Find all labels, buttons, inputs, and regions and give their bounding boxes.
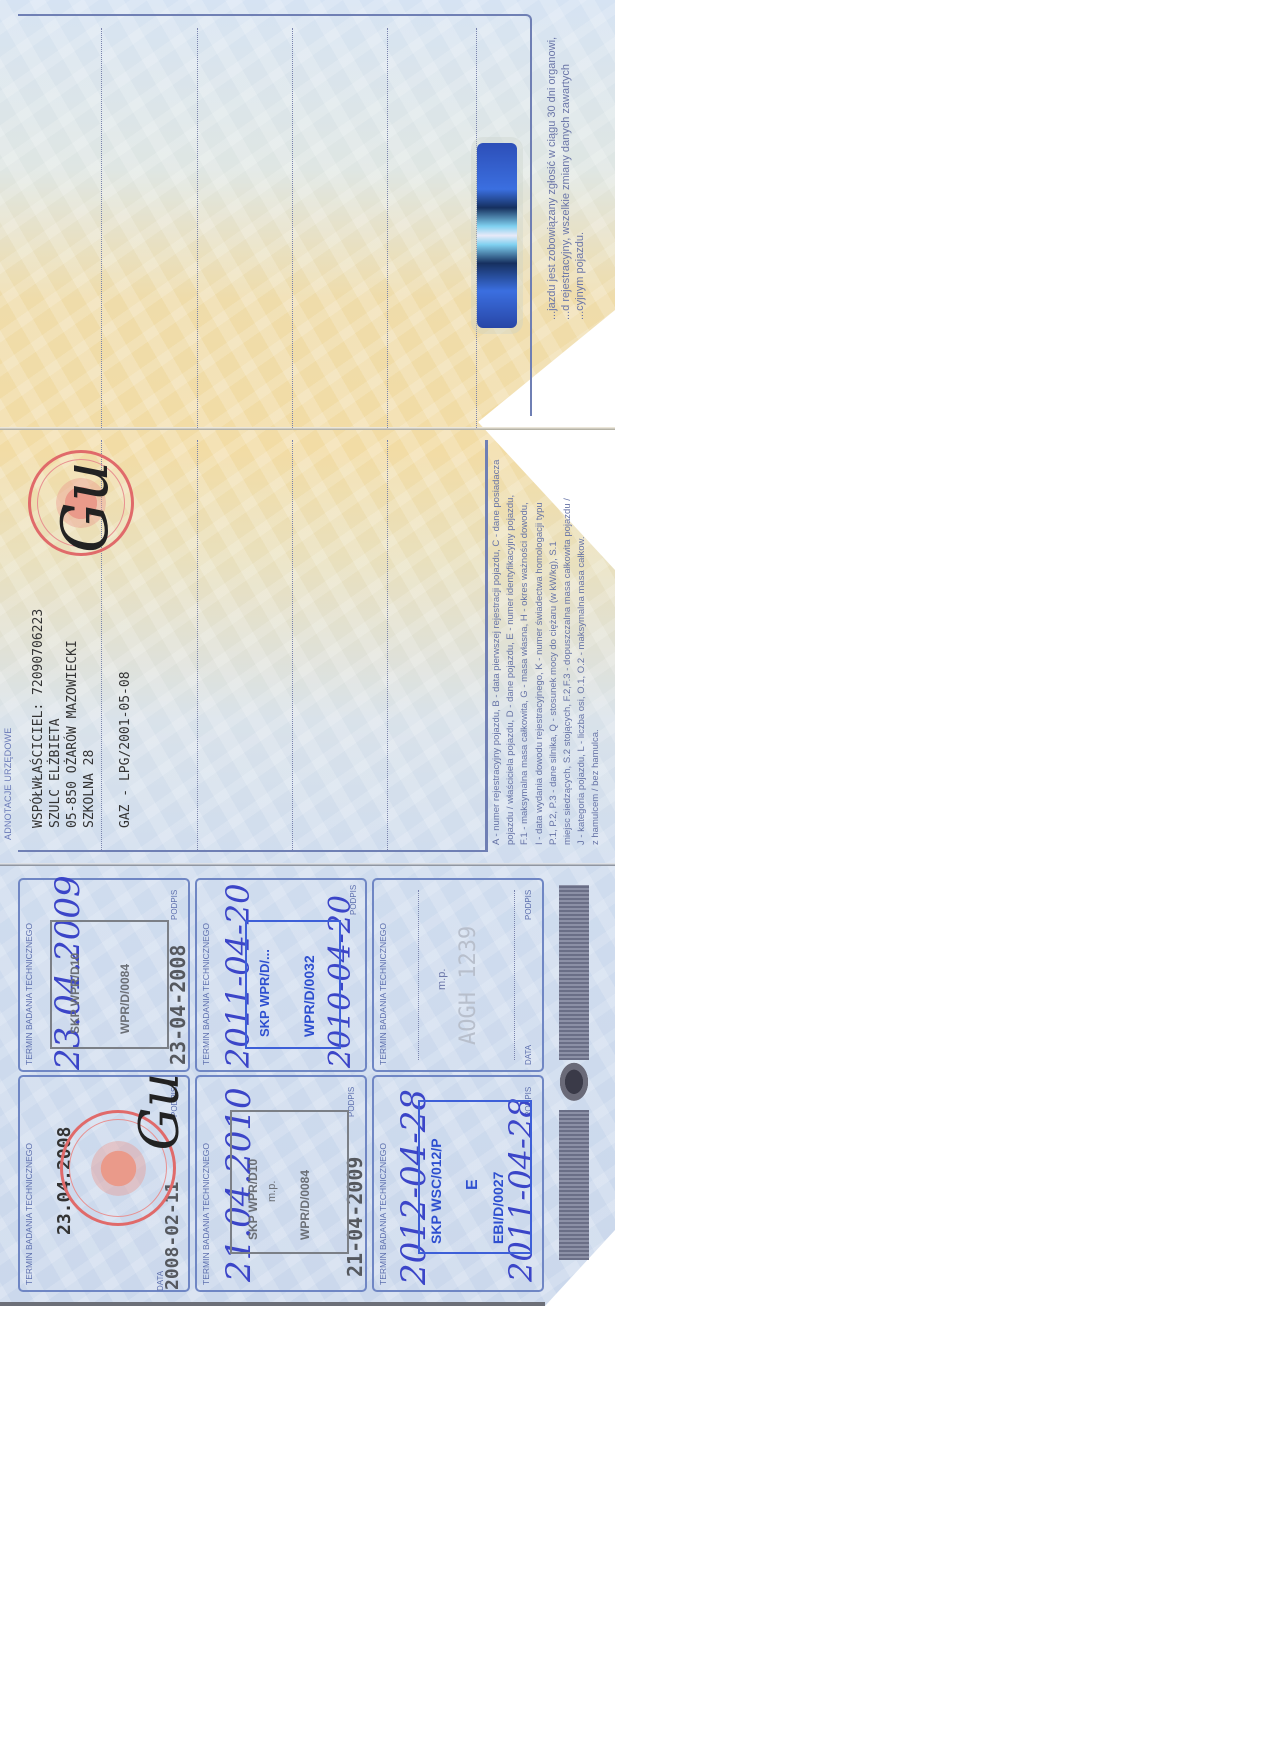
inspection-box-6: TERMIN BADANIA TECHNICZNEGO m.p. AOGH 12… xyxy=(372,878,544,1072)
co-owner-id: WSPÓŁWŁAŚCICIEL: 72090706223 xyxy=(30,609,47,828)
stamp-station-code: SKP WPR/D/... xyxy=(257,949,272,1037)
station-stamp: SKP WPR/D10 WPR/D/0084 xyxy=(50,920,169,1049)
stamp-category: E xyxy=(464,1179,482,1190)
middle-panel-rule xyxy=(485,440,488,850)
legend-line: J - kategoria pojazdu, L - liczba osi, O… xyxy=(575,425,589,845)
stamp-station-code: SKP WPR/D10 xyxy=(246,1159,260,1240)
dotted-rule xyxy=(387,440,388,850)
dotted-entry-line xyxy=(418,890,419,1060)
stamp-inspector-code: WPR/D/0084 xyxy=(298,1170,312,1240)
fold-line-lower xyxy=(0,863,615,866)
legend-line: A - numer rejestracyjny pojazdu, B - dat… xyxy=(490,425,504,845)
inspection-label: TERMIN BADANIA TECHNICZNEGO xyxy=(24,923,34,1065)
inspection-label: TERMIN BADANIA TECHNICZNEGO xyxy=(378,923,388,1065)
stamp-inspector-code: WPR/D/0032 xyxy=(301,955,317,1037)
annotations-label: ADNOTACJE URZĘDOWE xyxy=(3,728,13,840)
official-signature: Gu xyxy=(127,1073,190,1151)
legend-line: F.1 - maksymalna masa całkowita, G - mas… xyxy=(518,425,532,845)
dotted-rule xyxy=(101,28,102,428)
stamp-inspector-code: WPR/D/0084 xyxy=(118,964,132,1034)
inspection-date: 23-04-2008 xyxy=(166,945,190,1065)
registration-document-scan: ...jazdu jest zobowiązany zgłosić w ciąg… xyxy=(0,0,620,1310)
polish-eagle-emblem-icon xyxy=(556,1062,592,1106)
co-owner-name: SZULC ELŻBIETA xyxy=(47,609,64,828)
stamp-mp: m.p. xyxy=(266,1181,278,1202)
inspection-label: TERMIN BADANIA TECHNICZNEGO xyxy=(378,1143,388,1285)
stamp-placeholder-mp: m.p. xyxy=(436,969,448,990)
dotted-rule xyxy=(292,28,293,428)
inspection-label: TERMIN BADANIA TECHNICZNEGO xyxy=(201,923,211,1065)
station-stamp: SKP WPR/D10 m.p. WPR/D/0084 xyxy=(230,1110,349,1254)
stamp-station-code: SKP WPR/D10 xyxy=(68,953,82,1034)
perforated-serial-number: AOGH 1239 xyxy=(456,926,481,1045)
field-code-legend: A - numer rejestracyjny pojazdu, B - dat… xyxy=(490,425,615,845)
security-band-lower xyxy=(559,1110,589,1260)
station-stamp: SKP WPR/D/... WPR/D/0032 xyxy=(245,920,341,1049)
dotted-rule xyxy=(197,440,198,850)
security-band-upper xyxy=(559,885,589,1060)
dotted-rule xyxy=(292,440,293,850)
stamp-inspector-code: EBI/D/0027 xyxy=(490,1172,506,1244)
dotted-rule xyxy=(197,28,198,428)
owner-obligation-notice: ...jazdu jest zobowiązany zgłosić w ciąg… xyxy=(545,20,613,320)
top-panel-frame xyxy=(18,14,532,416)
official-signature: Gu xyxy=(49,461,123,553)
dotted-entry-line xyxy=(514,890,515,1060)
legend-line: z hamulcem / bez hamulca. xyxy=(589,425,603,845)
dotted-rule xyxy=(387,28,388,428)
legend-line: miejsc siedzących, S.2 stojących, F.2,F.… xyxy=(561,425,575,845)
co-owner-street: SZKOLNA 28 xyxy=(81,609,98,828)
co-owner-block: WSPÓŁWŁAŚCICIEL: 72090706223SZULC ELŻBIE… xyxy=(30,609,98,828)
legend-line: pojazdu / właściciela pojazdu, D - dane … xyxy=(504,425,518,845)
document-bottom-edge xyxy=(0,1302,545,1306)
legend-line: I - data wydania dowodu rejestracyjnego,… xyxy=(533,425,547,845)
date-label: DATA xyxy=(524,1045,533,1065)
gas-installation-note: GAZ - LPG/2001-05-08 xyxy=(118,671,133,828)
inspection-label: TERMIN BADANIA TECHNICZNEGO xyxy=(201,1143,211,1285)
co-owner-city: 05-850 OŻARÓW MAZOWIECKI xyxy=(64,609,81,828)
stamp-station-code: SKP WSC/012/P xyxy=(428,1138,444,1244)
legend-line: P.1, P.2, P.3 - dane silnika, Q - stosun… xyxy=(547,425,561,845)
station-stamp: SKP WSC/012/P E EBI/D/0027 xyxy=(418,1100,532,1254)
signature-label: PODPIS xyxy=(524,890,533,920)
inspection-label: TERMIN BADANIA TECHNICZNEGO xyxy=(24,1143,34,1285)
signature-label: PODPIS xyxy=(170,890,179,920)
hologram-sticker xyxy=(477,143,517,328)
